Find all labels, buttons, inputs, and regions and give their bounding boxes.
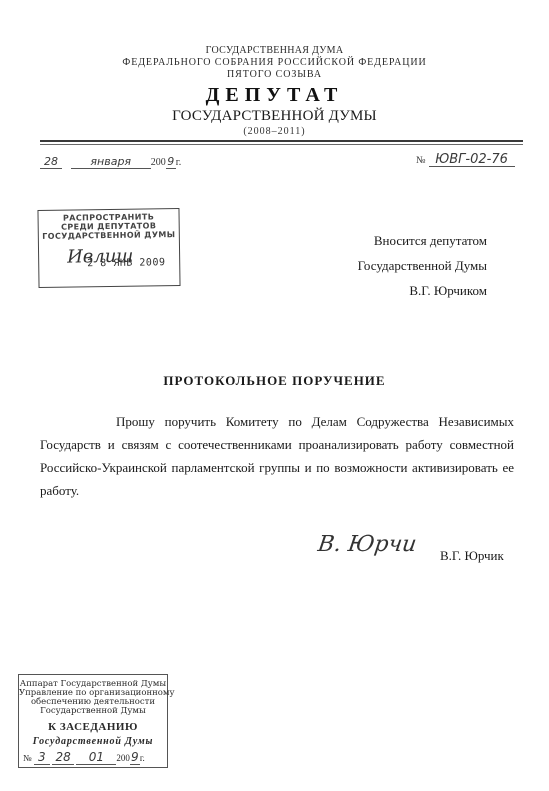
date-year-prefix: 200	[151, 157, 166, 168]
letterhead-state-duma: ГОСУДАРСТВЕННАЯ ДУМА	[0, 45, 549, 56]
session-stamp-line4: Государственной Думы	[19, 707, 167, 716]
session-year-prefix: 200	[116, 753, 130, 763]
document-date: 28 января2009г.	[40, 155, 181, 169]
signatory-name: В.Г. Юрчик	[440, 548, 504, 564]
session-month: 01	[76, 751, 116, 765]
introduced-by-line1: Вносится депутатом	[374, 233, 487, 249]
session-stamp-subheading: Государственной Думы	[19, 736, 167, 747]
letterhead-convocation: ПЯТОГО СОЗЫВА	[0, 69, 549, 80]
introduced-by-line3: В.Г. Юрчиком	[409, 283, 487, 299]
stamp-line-state-duma: ГОСУДАРСТВЕННОЙ ДУМЫ	[39, 230, 179, 241]
document-body: Прошу поручить Комитету по Делам Содруже…	[40, 410, 514, 502]
date-year-suffix: 9	[166, 155, 176, 169]
session-number-label: №	[23, 753, 32, 763]
session-stamp: Аппарат Государственной Думы Управление …	[18, 674, 168, 768]
date-day: 28	[40, 155, 62, 169]
session-year-unit: г.	[140, 753, 145, 763]
number-value: ЮВГ-02-76	[429, 153, 515, 167]
letterhead-title: ДЕПУТАТ	[0, 84, 549, 107]
session-stamp-heading: К ЗАСЕДАНИЮ	[19, 721, 167, 733]
number-label: №	[416, 155, 426, 166]
letterhead-federal-assembly: ФЕДЕРАЛЬНОГО СОБРАНИЯ РОССИЙСКОЙ ФЕДЕРАЦ…	[0, 57, 549, 68]
session-day: 28	[52, 751, 74, 765]
letterhead-years: (2008–2011)	[0, 126, 549, 137]
header-rule-thin	[40, 144, 523, 145]
session-stamp-number-line: № 3 28 012009г.	[23, 751, 145, 765]
handwritten-signature: В. Юрчи	[316, 532, 418, 557]
stamp-date: 2 8 ЯНВ 2009	[87, 257, 165, 269]
session-number-value: 3	[34, 751, 50, 765]
header-rule	[40, 140, 523, 142]
date-year-unit: г.	[176, 157, 181, 168]
session-year-suffix: 9	[130, 751, 140, 765]
letterhead-subtitle: ГОСУДАРСТВЕННОЙ ДУМЫ	[0, 108, 549, 125]
document-title: ПРОТОКОЛЬНОЕ ПОРУЧЕНИЕ	[0, 373, 549, 389]
date-month: января	[71, 155, 151, 169]
introduced-by-line2: Государственной Думы	[358, 258, 487, 274]
document-number: № ЮВГ-02-76	[416, 152, 515, 167]
distribution-stamp: РАСПРОСТРАНИТЬ СРЕДИ ДЕПУТАТОВ ГОСУДАРСТ…	[37, 208, 180, 288]
